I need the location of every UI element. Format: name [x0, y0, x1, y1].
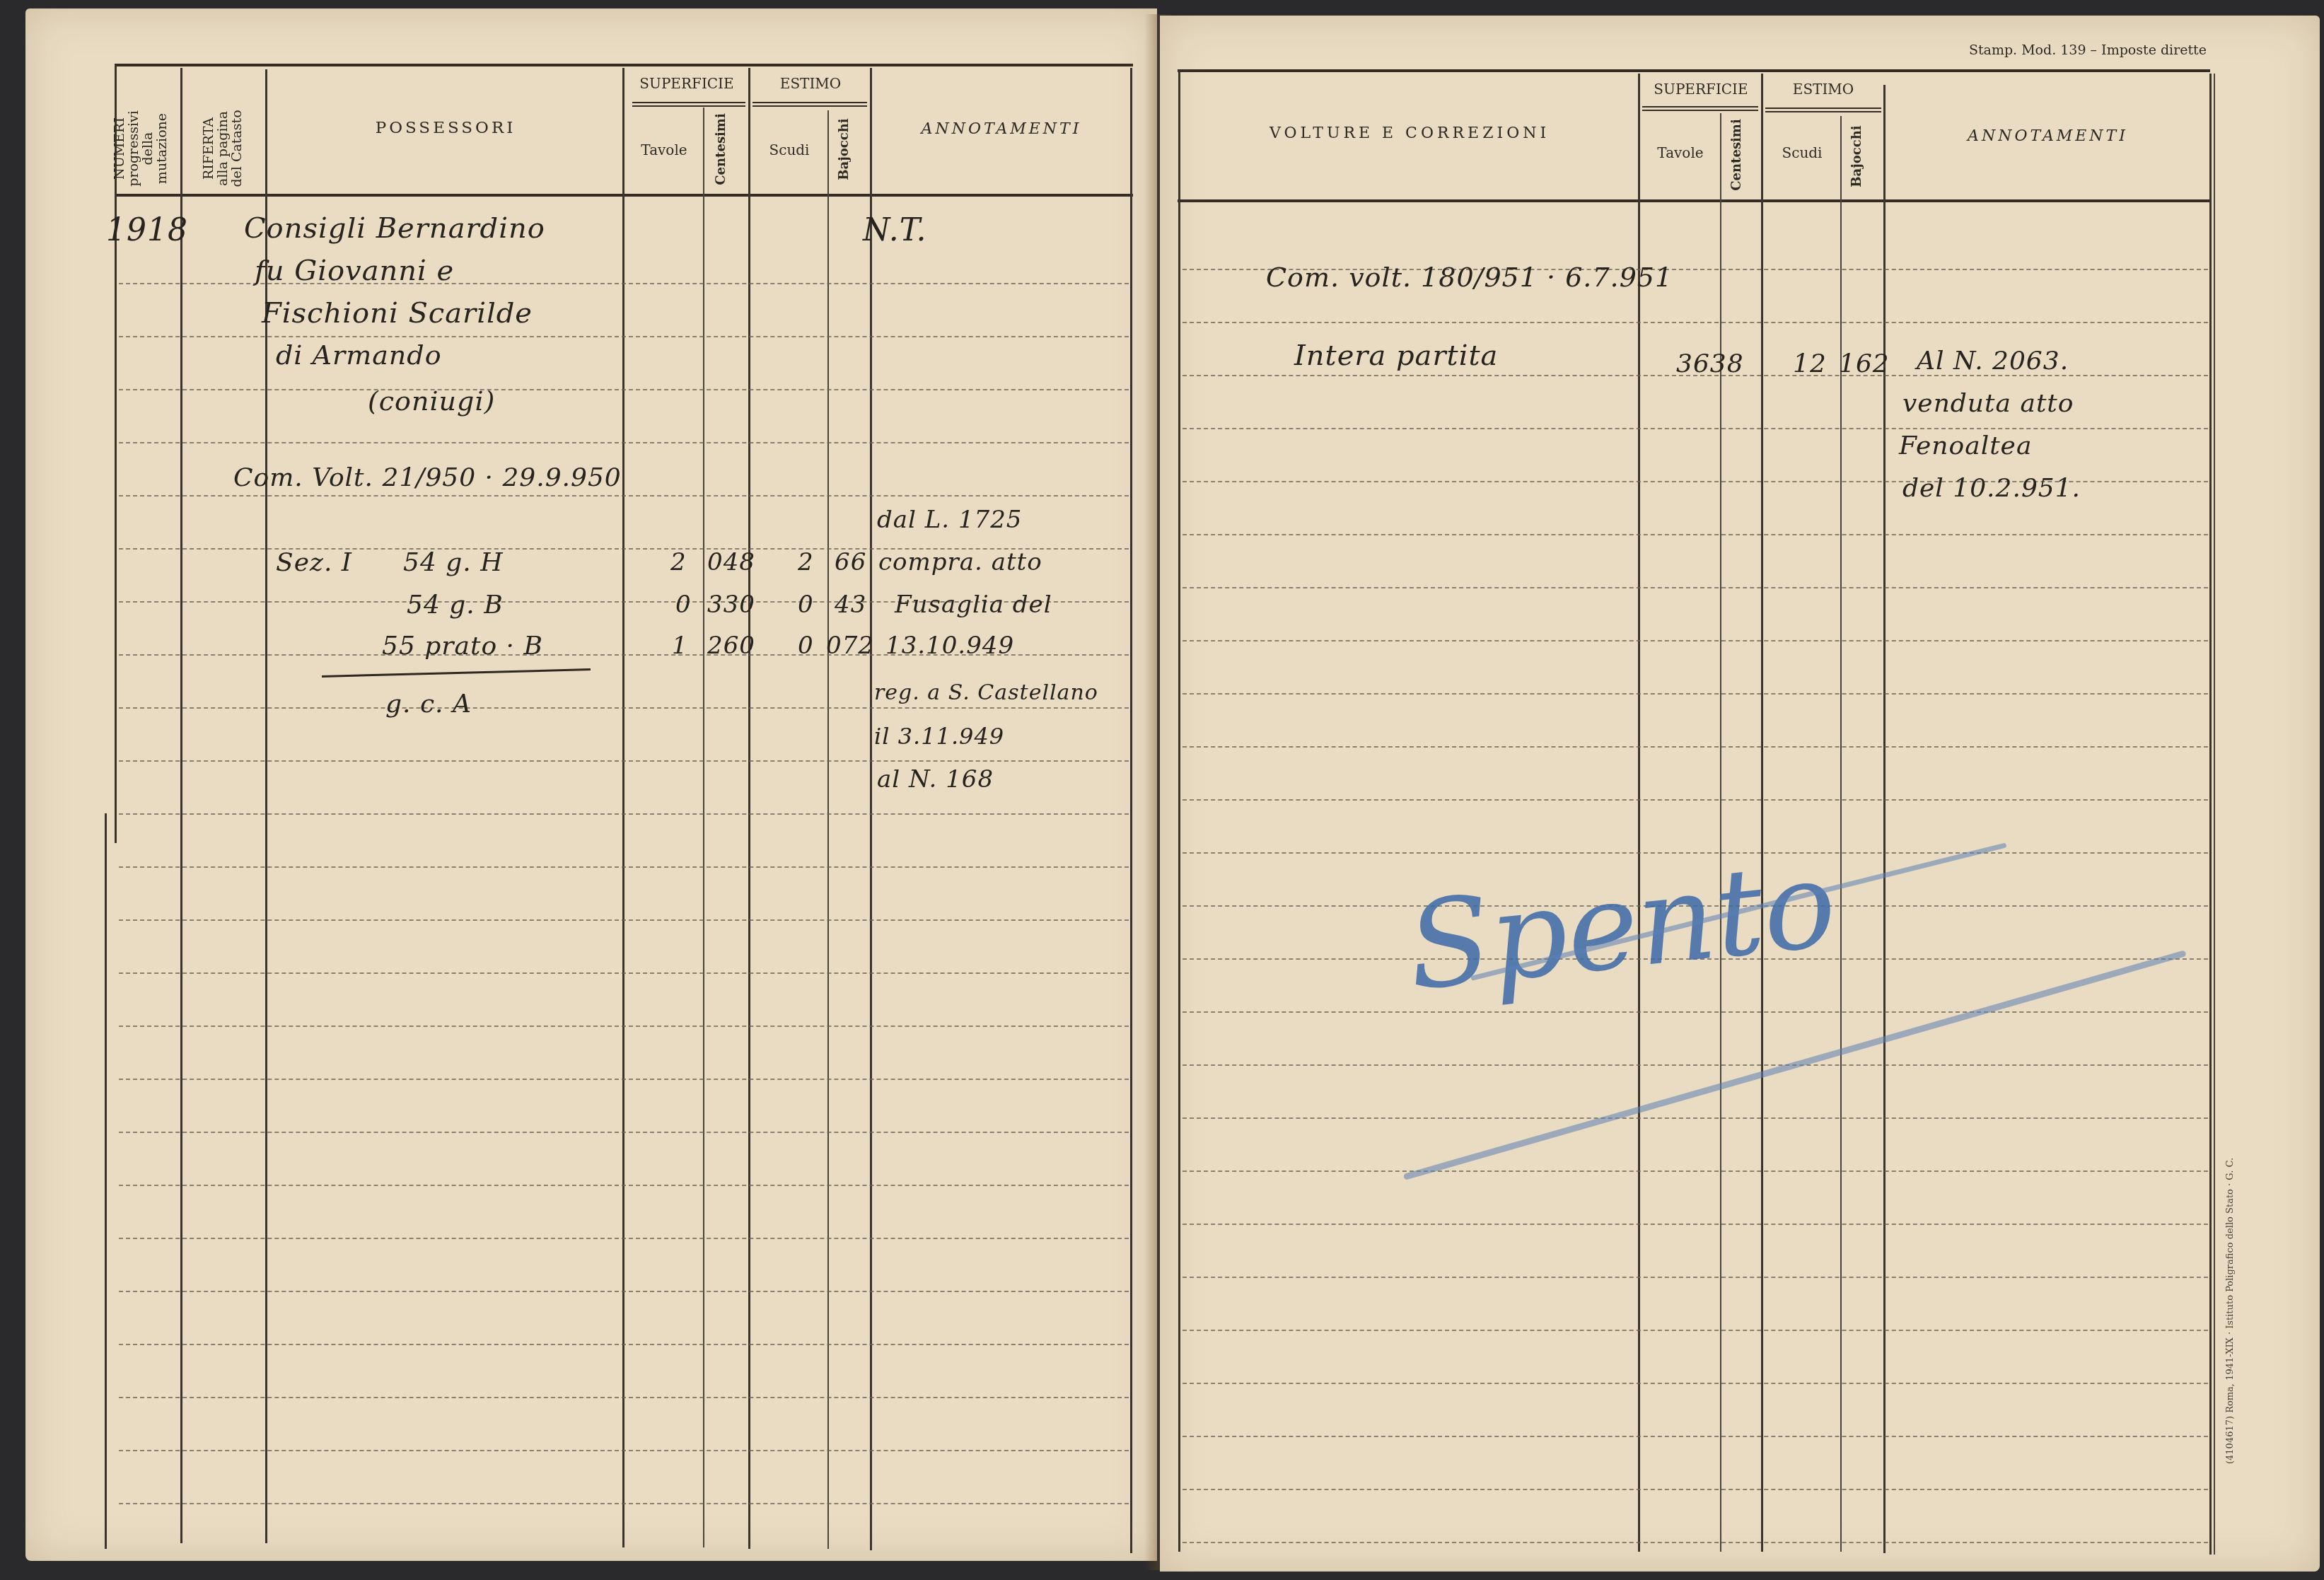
- r-superficie-underline-2: [1642, 110, 1758, 111]
- annotation-line-1: dal L. 1725: [877, 506, 1022, 534]
- col-sep-estimo: [870, 68, 872, 1550]
- row-rule: [119, 866, 1129, 868]
- header-volture: VOLTURE E CORREZIONI: [1181, 124, 1638, 142]
- r-header-tavole: Tavole: [1641, 144, 1720, 161]
- right-voltura-line: Com. volt. 180/951 · 6.7.951: [1266, 262, 1673, 293]
- parcel-total-id: g. c. A: [385, 690, 472, 719]
- entry-number: 1918: [106, 212, 188, 248]
- row-rule: [1183, 1064, 2208, 1066]
- possessore-line-2: fu Giovanni e: [255, 255, 454, 287]
- row-rule: [119, 1450, 1129, 1451]
- parcel-3-centesimi: 260: [707, 632, 755, 660]
- header-numeri-line2: progressivi: [127, 64, 141, 233]
- row-rule: [1183, 1224, 2208, 1225]
- parcel-2-tavole: 0: [675, 591, 692, 619]
- right-top-border: [1178, 69, 2210, 72]
- right-frame-right: [2209, 74, 2212, 1555]
- row-rule: [119, 1291, 1129, 1292]
- r-header-superficie: SUPERFICIE: [1641, 81, 1761, 98]
- row-rule: [119, 1079, 1129, 1080]
- r-header-centesimi: Centesimi: [1731, 112, 1752, 197]
- parcel-2-scudi: 0: [798, 591, 814, 619]
- row-rule: [119, 389, 1129, 390]
- parcel-1-tavole: 2: [670, 548, 687, 576]
- header-superficie: SUPERFICIE: [625, 75, 748, 92]
- right-frame-left: [1178, 71, 1180, 1552]
- row-rule: [119, 1026, 1129, 1027]
- r-header-estimo: ESTIMO: [1764, 81, 1883, 98]
- r-header-annotamenti: ANNOTAMENTI: [1886, 127, 2209, 145]
- header-bajocchi: Bajocchi: [838, 107, 859, 192]
- header-riferta-line3: del Catasto: [231, 64, 245, 233]
- annotation-line-7: al N. 168: [877, 765, 994, 794]
- row-rule: [119, 1185, 1129, 1186]
- row-rule: [1183, 1330, 2208, 1331]
- right-annotation-line-2: venduta atto: [1902, 389, 2074, 418]
- header-centesimi: Centesimi: [715, 107, 736, 192]
- row-rule: [119, 1397, 1129, 1398]
- col-sep-r-tavole: [1720, 113, 1721, 1552]
- row-rule: [1183, 587, 2208, 588]
- annotation-nt: N.T.: [863, 212, 927, 248]
- row-rule: [119, 442, 1129, 443]
- col-sep-scudi: [827, 110, 829, 1549]
- form-label: Stamp. Mod. 139 – Imposte dirette: [1895, 42, 2207, 58]
- header-riferta-line2: alla pagina: [216, 64, 231, 233]
- header-annotamenti: ANNOTAMENTI: [873, 120, 1130, 138]
- right-annotation-line-3: Fenoaltea: [1899, 431, 2032, 460]
- header-riferta-line1: RIFERTA: [202, 64, 216, 233]
- intera-partita-label: Intera partita: [1294, 339, 1498, 372]
- row-rule: [119, 1132, 1129, 1133]
- header-estimo: ESTIMO: [751, 75, 870, 92]
- possessore-line-3: Fischioni Scarilde: [262, 297, 533, 330]
- r-header-bajocchi: Bajocchi: [1851, 114, 1872, 199]
- row-rule: [1183, 640, 2208, 641]
- parcel-2-id: 54 g. B: [407, 591, 504, 620]
- row-rule: [1183, 746, 2208, 748]
- header-scudi: Scudi: [751, 141, 827, 158]
- row-rule: [1183, 1277, 2208, 1278]
- row-rule: [119, 495, 1129, 496]
- row-rule: [119, 336, 1129, 337]
- row-rule: [1183, 1383, 2208, 1384]
- parcel-3-tavole: 1: [672, 632, 688, 660]
- totale-scudi: 12: [1793, 349, 1827, 378]
- parcel-3-id: 55 prato · B: [382, 632, 543, 661]
- annotation-line-4: 13.10.949: [885, 632, 1014, 660]
- parcel-2-bajocchi: 43: [835, 591, 866, 619]
- parcel-3-scudi: 0: [798, 632, 814, 660]
- row-rule: [1183, 1171, 2208, 1172]
- col-sep-superficie: [748, 68, 750, 1549]
- parcel-1-scudi: 2: [798, 548, 814, 576]
- totale-bajocchi: 162: [1839, 349, 1890, 378]
- right-annotation-line-4: del 10.2.951.: [1902, 474, 2081, 503]
- row-rule: [1183, 428, 2208, 429]
- right-frame-right-2: [2214, 74, 2215, 1555]
- row-rule: [1183, 1011, 2208, 1013]
- parcel-1-bajocchi: 66: [835, 548, 866, 576]
- estimo-underline: [753, 102, 867, 103]
- row-rule: [119, 972, 1129, 974]
- row-rule: [1183, 534, 2208, 535]
- row-rule: [1183, 1489, 2208, 1490]
- r-estimo-underline: [1765, 108, 1881, 109]
- row-rule: [1183, 799, 2208, 801]
- row-rule: [119, 707, 1129, 709]
- totale-tavole: 3638: [1676, 349, 1744, 378]
- superficie-underline: [632, 102, 745, 103]
- row-rule: [1183, 1117, 2208, 1119]
- annotation-line-2: compra. atto: [878, 548, 1042, 576]
- header-tavole: Tavole: [625, 141, 703, 158]
- annotation-line-3: Fusaglia del: [895, 591, 1052, 619]
- r-header-scudi: Scudi: [1764, 144, 1840, 161]
- row-rule: [1183, 693, 2208, 695]
- col-sep-riferta: [265, 69, 267, 1543]
- row-rule: [119, 1238, 1129, 1239]
- header-numeri-line3: della: [141, 64, 156, 233]
- col-sep-annotamenti: [1130, 68, 1132, 1553]
- parcel-2-centesimi: 330: [707, 591, 755, 619]
- possessore-line-5: (coniugi): [368, 385, 495, 417]
- voltura-line: Com. Volt. 21/950 · 29.9.950: [233, 463, 622, 492]
- header-numeri-line4: mutazione: [156, 64, 170, 233]
- header-numeri-line1: NUMERI: [113, 64, 127, 233]
- annotation-line-5: reg. a S. Castellano: [874, 680, 1098, 705]
- header-possessori: POSSESSORI: [269, 119, 622, 137]
- header-numeri: NUMERI progressivi della mutazione: [113, 64, 184, 233]
- row-rule: [119, 1344, 1129, 1345]
- row-rule: [1183, 1542, 2208, 1543]
- parcel-section-label: Sez. I: [276, 548, 352, 577]
- printer-imprint: (4104617) Roma, 1941-XIX · Istituto Poli…: [2225, 1158, 2236, 1464]
- row-rule: [119, 760, 1129, 762]
- row-rule: [119, 1503, 1129, 1504]
- parcel-3-bajocchi: 072: [826, 632, 874, 660]
- header-riferta: RIFERTA alla pagina del Catasto: [202, 64, 259, 233]
- row-rule: [1183, 322, 2208, 323]
- left-top-border: [115, 64, 1133, 66]
- annotation-line-6: il 3.11.949: [874, 723, 1004, 750]
- col-sep-possessori: [622, 68, 624, 1547]
- right-header-bottom-border: [1178, 199, 2210, 202]
- col-sep-r-scudi: [1840, 116, 1842, 1552]
- col-sep-numeri: [180, 68, 182, 1543]
- left-frame-left-lower: [105, 813, 107, 1549]
- possessore-line-4: di Armando: [276, 339, 442, 371]
- col-sep-r-estimo: [1883, 85, 1886, 1553]
- right-annotation-line-1: Al N. 2063.: [1917, 347, 2069, 376]
- row-rule: [119, 813, 1129, 815]
- parcel-1-id: 54 g. H: [403, 548, 504, 577]
- possessore-line-1: Consigli Bernardino: [244, 212, 545, 245]
- parcel-1-centesimi: 048: [707, 548, 755, 576]
- right-register-page: [1160, 16, 2320, 1572]
- r-estimo-underline-2: [1765, 111, 1881, 112]
- row-rule: [119, 919, 1129, 921]
- col-sep-tavole: [703, 108, 704, 1547]
- r-superficie-underline: [1642, 106, 1758, 108]
- row-rule: [1183, 1436, 2208, 1437]
